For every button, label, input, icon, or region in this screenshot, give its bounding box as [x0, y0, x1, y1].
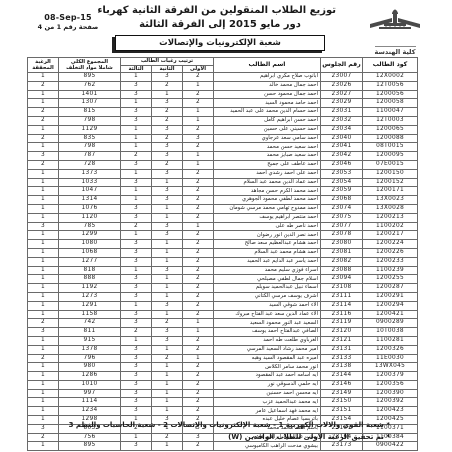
- cell-seat-number: 23029: [321, 99, 363, 108]
- cell-pref-third: 3: [120, 363, 151, 372]
- cell-total: 815: [58, 108, 120, 117]
- cell-pref-first: 2: [183, 248, 214, 257]
- cell-pref-third: 3: [120, 90, 151, 99]
- cell-student-name: احمد هشام عبدالعظيم سعد صالح: [214, 240, 321, 249]
- cell-student-code: 1100202: [363, 222, 418, 231]
- cell-pref-third: 3: [120, 257, 151, 266]
- cell-pref-first: 2: [183, 240, 214, 249]
- cell-pref-first: 1: [183, 116, 214, 125]
- cell-pref-first: 1: [183, 354, 214, 363]
- table-row: 120006523034احمد حسيني على حسين23111291: [27, 125, 417, 134]
- cell-pref-third: 3: [120, 345, 151, 354]
- cell-achieved-preference: 1: [27, 90, 58, 99]
- cell-achieved-preference: 1: [27, 398, 58, 407]
- table-row: 120039223150ايه محمد عبدالحميد عزب213111…: [27, 398, 417, 407]
- cell-achieved-preference: 2: [27, 354, 58, 363]
- table-row: 10T003823120الصافي عبدالفتاح احمد يوسف13…: [27, 328, 417, 337]
- cell-pref-first: 2: [183, 187, 214, 196]
- cell-pref-second: 1: [152, 248, 183, 257]
- cell-pref-first: 2: [183, 169, 214, 178]
- cell-total: 1010: [58, 380, 120, 389]
- header-pref-third: الثالثة: [120, 65, 151, 73]
- cell-pref-second: 1: [152, 240, 183, 249]
- cell-total: 742: [58, 319, 120, 328]
- table-row: 120029123111اشرف يوسف مرسي الكتاني213127…: [27, 292, 417, 301]
- cell-total: 997: [58, 389, 120, 398]
- cell-student-name: احمد سعيد حسن محمد: [214, 143, 321, 152]
- cell-pref-second: 1: [152, 292, 183, 301]
- table-row: 120022623081احمد هشام محمد عبد السلام213…: [27, 248, 417, 257]
- cell-achieved-preference: 1: [27, 204, 58, 213]
- cell-seat-number: 23068: [321, 196, 363, 205]
- cell-achieved-preference: 1: [27, 213, 58, 222]
- cell-pref-second: 1: [152, 257, 183, 266]
- cell-student-name: ايه محمد عبدالحميد عزب: [214, 398, 321, 407]
- cell-student-name: احمد محمد الكرم حسن مجاهد: [214, 187, 321, 196]
- cell-student-code: 08T0015: [363, 143, 418, 152]
- cell-pref-first: 2: [183, 442, 214, 451]
- cell-achieved-preference: 1: [27, 73, 58, 82]
- cell-student-code: 1200056: [363, 90, 418, 99]
- table-row: 120015223054احمد عماد الدين محمد عبد الس…: [27, 178, 417, 187]
- header-pref-first: الأولى: [183, 65, 214, 73]
- cell-achieved-preference: 3: [27, 152, 58, 161]
- cell-pref-first: 2: [183, 257, 214, 266]
- cell-pref-first: 2: [183, 389, 214, 398]
- cell-pref-second: 1: [152, 90, 183, 99]
- cell-pref-first: 2: [183, 407, 214, 416]
- cell-achieved-preference: 1: [27, 248, 58, 257]
- cell-seat-number: 23034: [321, 125, 363, 134]
- cell-student-name: احمد ممدوح تهامي محمد مرسي شومان: [214, 204, 321, 213]
- cell-student-code: 1200291: [363, 292, 418, 301]
- cell-student-name: احمد حسام الدين محمد على عبد الحميد: [214, 108, 321, 117]
- table-row: 120005623027احمد جمال محمود حسن21314011: [27, 90, 417, 99]
- cell-pref-third: 3: [120, 354, 151, 363]
- cell-pref-second: 1: [152, 442, 183, 451]
- cell-student-name: الغرباوي طلعت طه احمد: [214, 336, 321, 345]
- cell-pref-second: 3: [152, 231, 183, 240]
- cell-pref-third: 3: [120, 240, 151, 249]
- header-total-line2: شاملا مواد التخلف: [59, 65, 120, 72]
- cell-pref-third: 1: [120, 134, 151, 143]
- footnote-incoming-students: * تم تحقيق الرغبة الاولى للطلاب الوافدين…: [60, 433, 390, 441]
- cell-pref-third: 3: [120, 108, 151, 117]
- cell-pref-second: 1: [152, 363, 183, 372]
- cell-achieved-preference: 1: [27, 363, 58, 372]
- cell-total: 980: [58, 363, 120, 372]
- cell-pref-second: 3: [152, 169, 183, 178]
- cell-pref-third: 1: [120, 143, 151, 152]
- cell-student-code: 1200390: [363, 389, 418, 398]
- cell-achieved-preference: 1: [27, 178, 58, 187]
- cell-student-name: احمد منتصر ابراهيم يوسف: [214, 213, 321, 222]
- table-row: 110023923088اسراء فوزي سليم محمد2318181: [27, 266, 417, 275]
- cell-student-code: 1200058: [363, 99, 418, 108]
- cell-seat-number: 23146: [321, 380, 363, 389]
- cell-pref-second: 1: [152, 345, 183, 354]
- cell-student-code: 12T0056: [363, 81, 418, 90]
- table-header: كود الطالب رقم الجلوس اسم الطالب ترتيب ر…: [27, 58, 417, 73]
- table-row: 110004723031احمد حسام الدين محمد على عبد…: [27, 108, 417, 117]
- cell-achieved-preference: 2: [27, 160, 58, 169]
- cell-student-code: 1200088: [363, 134, 418, 143]
- cell-student-code: 1200095: [363, 152, 418, 161]
- cell-total: 762: [58, 81, 120, 90]
- cell-pref-third: 3: [120, 213, 151, 222]
- cell-pref-second: 1: [152, 380, 183, 389]
- cell-achieved-preference: 1: [27, 240, 58, 249]
- table-row: 120017123059احمد محمد الكرم حسن مجاهد231…: [27, 187, 417, 196]
- table-row: 120042323151ايه محمد فهد اسماعيل عامر213…: [27, 407, 417, 416]
- table-row: 12X000223007ابانوب صلاح مكري ابراهيم2318…: [27, 73, 417, 82]
- cell-pref-first: 2: [183, 213, 214, 222]
- cell-student-name: ايه اسامه احمد عبد المقصود: [214, 372, 321, 381]
- cell-total: 1129: [58, 125, 120, 134]
- cell-achieved-preference: 1: [27, 372, 58, 381]
- cell-student-code: 1200171: [363, 187, 418, 196]
- cell-pref-third: 1: [120, 231, 151, 240]
- table-row: 12T000323032احمد حسن ابراهيم كامل1237982: [27, 116, 417, 125]
- cell-pref-third: 3: [120, 204, 151, 213]
- table-row: 120015023053احمد على احمد رشدي احمد23113…: [27, 169, 417, 178]
- cell-achieved-preference: 1: [27, 266, 58, 275]
- cell-seat-number: 23131: [321, 345, 363, 354]
- cell-pref-third: 3: [120, 319, 151, 328]
- cell-pref-second: 1: [152, 178, 183, 187]
- cell-total: 1234: [58, 407, 120, 416]
- cell-student-name: احمد جمال محمد خالد: [214, 81, 321, 90]
- cell-pref-third: 1: [120, 125, 151, 134]
- cell-pref-first: 2: [183, 301, 214, 310]
- cell-student-code: 0900289: [363, 319, 418, 328]
- cell-pref-third: 1: [120, 187, 151, 196]
- table-row: 120032623131امير محمد رشاد السعيد المرسي…: [27, 345, 417, 354]
- cell-pref-first: 2: [183, 73, 214, 82]
- table-row: 110020223077احمد ناصر طه على1327853: [27, 222, 417, 231]
- table-row: 120023323082احمد ياسر عبد الدايم عبد الح…: [27, 257, 417, 266]
- header-student-name: اسم الطالب: [214, 58, 321, 73]
- cell-seat-number: 23138: [321, 363, 363, 372]
- table-row: 13WX04523138انور محمد سامر الكلاس2139801: [27, 363, 417, 372]
- cell-pref-first: 2: [183, 196, 214, 205]
- cell-seat-number: 23144: [321, 372, 363, 381]
- cell-pref-second: 1: [152, 372, 183, 381]
- cell-seat-number: 23108: [321, 284, 363, 293]
- cell-pref-first: 2: [183, 266, 214, 275]
- cell-pref-second: 3: [152, 222, 183, 231]
- cell-seat-number: 23111: [321, 292, 363, 301]
- cell-achieved-preference: 3: [27, 424, 58, 433]
- report-date: 08-Sep-15: [28, 13, 108, 22]
- cell-pref-first: 1: [183, 328, 214, 337]
- cell-seat-number: 23151: [321, 407, 363, 416]
- cell-pref-first: 1: [183, 108, 214, 117]
- cell-student-name: احمد عاطف على جميح: [214, 160, 321, 169]
- cell-pref-third: 3: [120, 284, 151, 293]
- header-preferences-group: ترتيب رغبات الطالب: [120, 58, 213, 66]
- cell-seat-number: 23075: [321, 213, 363, 222]
- cell-pref-second: 2: [152, 81, 183, 90]
- cell-student-name: احمد جمال محمود حسن: [214, 90, 321, 99]
- cell-pref-first: 2: [183, 275, 214, 284]
- cell-student-code: 1200423: [363, 407, 418, 416]
- students-table: كود الطالب رقم الجلوس اسم الطالب ترتيب ر…: [27, 57, 418, 451]
- cell-student-name: انور محمد سامر الكلاس: [214, 363, 321, 372]
- cell-achieved-preference: 1: [27, 196, 58, 205]
- cell-total: 1401: [58, 90, 120, 99]
- cell-student-code: 13X0028: [363, 204, 418, 213]
- cell-student-code: 1200326: [363, 345, 418, 354]
- division-title-box: شعبة الإلكترونيات والإتصالات: [115, 35, 325, 51]
- cell-total: 1033: [58, 178, 120, 187]
- cell-student-name: ايه محسن احمد حسنين: [214, 389, 321, 398]
- cell-student-name: اشرف يوسف مرسي الكتاني: [214, 292, 321, 301]
- cell-student-name: احمد حسيني على حسين: [214, 125, 321, 134]
- cell-seat-number: 23077: [321, 222, 363, 231]
- table-row: 13X002323068احمد محمد لطفي محمود الجوهري…: [27, 196, 417, 205]
- cell-seat-number: 23078: [321, 231, 363, 240]
- report-title-line1: توزيع الطلاب المنقولين من الفرقة الثانية…: [104, 5, 336, 16]
- cell-pref-third: 3: [120, 442, 151, 451]
- cell-student-code: 12X0002: [363, 73, 418, 82]
- cell-pref-third: 1: [120, 266, 151, 275]
- cell-seat-number: 23082: [321, 257, 363, 266]
- cell-total: 1277: [58, 257, 120, 266]
- cell-student-name: امير محمد رشاد السعيد المرسي: [214, 345, 321, 354]
- cell-student-code: 1100047: [363, 108, 418, 117]
- table-row: 120035623146ايه حلمي الدسوقي نور21310101: [27, 380, 417, 389]
- cell-pref-third: 1: [120, 336, 151, 345]
- cell-pref-third: 3: [120, 275, 151, 284]
- cell-student-code: 13WX045: [363, 363, 418, 372]
- cell-achieved-preference: 2: [27, 134, 58, 143]
- cell-achieved-preference: 1: [27, 231, 58, 240]
- cell-pref-second: 3: [152, 143, 183, 152]
- cell-pref-third: 2: [120, 328, 151, 337]
- cell-student-code: 1200152: [363, 178, 418, 187]
- cell-student-name: السعيد عبد النور محمود السعيد: [214, 319, 321, 328]
- cell-student-name: ايه محمد فهد اسماعيل عامر: [214, 407, 321, 416]
- faculty-name: كلية الهندسة: [375, 46, 416, 56]
- cell-student-code: 1200217: [363, 231, 418, 240]
- header-total: المجموع الكلي شاملا مواد التخلف: [58, 58, 120, 73]
- cell-seat-number: 23059: [321, 187, 363, 196]
- cell-student-code: 11E0030: [363, 354, 418, 363]
- cell-pref-third: 1: [120, 73, 151, 82]
- cell-seat-number: 23046: [321, 160, 363, 169]
- cell-student-code: 1200356: [363, 380, 418, 389]
- table-row: 120005823029احمد حامد محمود السيد2311307…: [27, 99, 417, 108]
- cell-total: 1314: [58, 196, 120, 205]
- cell-achieved-preference: 2: [27, 433, 58, 442]
- cell-total: 888: [58, 275, 120, 284]
- report-title-line2: دور مايو 2015 إلى الفرقة الثالثة: [104, 19, 336, 30]
- header-student-code: كود الطالب: [363, 58, 418, 73]
- cell-total: 895: [58, 442, 120, 451]
- cell-pref-first: 2: [183, 284, 214, 293]
- cell-student-name: الاء احمد شوقي السيد: [214, 301, 321, 310]
- cell-achieved-preference: 1: [27, 442, 58, 451]
- table-row: 12T005623026احمد جمال محمد خالد1237622: [27, 81, 417, 90]
- report-page: { "page": { "date": "08-Sep-15", "page_i…: [0, 0, 452, 452]
- cell-student-code: 1200294: [363, 301, 418, 310]
- cell-total: 915: [58, 336, 120, 345]
- cell-seat-number: 23120: [321, 328, 363, 337]
- cell-student-code: 13X0023: [363, 196, 418, 205]
- table-row: 120009523042احمد سعيد صبايز محمد1327873: [27, 152, 417, 161]
- cell-pref-second: 3: [152, 301, 183, 310]
- cell-pref-first: 2: [183, 90, 214, 99]
- header-achieved-preference: الرغبة المحققة: [27, 58, 58, 73]
- cell-total: 818: [58, 266, 120, 275]
- cell-pref-third: 3: [120, 81, 151, 90]
- table-row: 120037923144ايه اسامه احمد عبد المقصود21…: [27, 372, 417, 381]
- cell-pref-first: 1: [183, 319, 214, 328]
- cell-achieved-preference: 2: [27, 81, 58, 90]
- cell-pref-second: 1: [152, 389, 183, 398]
- cell-student-code: 1200150: [363, 169, 418, 178]
- cell-student-name: ايه حلمي الدسوقي نور: [214, 380, 321, 389]
- cell-seat-number: 23054: [321, 178, 363, 187]
- cell-seat-number: 23173: [321, 442, 363, 451]
- cell-pref-second: 2: [152, 319, 183, 328]
- report-header: توزيع الطلاب المنقولين من الفرقة الثانية…: [104, 5, 336, 51]
- table-row: 120021723078احمد نصر الدين انور رضوان231…: [27, 231, 417, 240]
- cell-student-code: 07E0015: [363, 160, 418, 169]
- cell-pref-third: 3: [120, 160, 151, 169]
- cell-pref-third: 3: [120, 407, 151, 416]
- cell-pref-first: 1: [183, 152, 214, 161]
- cell-pref-third: 3: [120, 116, 151, 125]
- table-row: 120008823040احمد سامي سعد عرجاوي3218352: [27, 134, 417, 143]
- cell-pref-third: 3: [120, 398, 151, 407]
- cell-pref-third: 1: [120, 301, 151, 310]
- cell-pref-first: 2: [183, 336, 214, 345]
- cell-achieved-preference: 3: [27, 328, 58, 337]
- cell-pref-first: 2: [183, 143, 214, 152]
- cell-pref-first: 2: [183, 204, 214, 213]
- cell-achieved-preference: 1: [27, 345, 58, 354]
- table-row: 120022423080احمد هشام عبدالعظيم سعد صالح…: [27, 240, 417, 249]
- table-row: 08T001523041احمد سعيد حسن محمد2317981: [27, 143, 417, 152]
- cell-total: 1307: [58, 99, 120, 108]
- cell-pref-first: 2: [183, 99, 214, 108]
- cell-pref-second: 1: [152, 310, 183, 319]
- cell-pref-third: 3: [120, 178, 151, 187]
- cell-total: 1373: [58, 169, 120, 178]
- cell-pref-third: 3: [120, 372, 151, 381]
- cell-pref-first: 1: [183, 222, 214, 231]
- cell-pref-third: 3: [120, 389, 151, 398]
- table-row: 090042223173بيشوي مدحت الراهب الكاميوسي2…: [27, 442, 417, 451]
- cell-pref-second: 1: [152, 213, 183, 222]
- header-achieved-line2: المحققة: [28, 65, 58, 72]
- cell-total: 728: [58, 160, 120, 169]
- cell-achieved-preference: 2: [27, 319, 58, 328]
- cell-total: 1114: [58, 398, 120, 407]
- cell-seat-number: 23081: [321, 248, 363, 257]
- cell-seat-number: 23074: [321, 204, 363, 213]
- cell-total: 1192: [58, 284, 120, 293]
- cell-student-code: 1200287: [363, 284, 418, 293]
- cell-seat-number: 23041: [321, 143, 363, 152]
- cell-seat-number: 23042: [321, 152, 363, 161]
- cell-achieved-preference: 1: [27, 301, 58, 310]
- cell-pref-first: 2: [183, 292, 214, 301]
- cell-pref-third: 3: [120, 248, 151, 257]
- cell-student-code: 1200392: [363, 398, 418, 407]
- cell-achieved-preference: 3: [27, 222, 58, 231]
- cell-student-name: احمد نصر الدين انور رضوان: [214, 231, 321, 240]
- cell-pref-third: 2: [120, 152, 151, 161]
- header-seat-number: رقم الجلوس: [321, 58, 363, 73]
- cell-seat-number: 23007: [321, 73, 363, 82]
- cell-total: 895: [58, 73, 120, 82]
- cell-student-name: احمد على احمد رشدي احمد: [214, 169, 321, 178]
- cell-pref-second: 3: [152, 266, 183, 275]
- cell-pref-first: 2: [183, 125, 214, 134]
- cell-pref-first: 2: [183, 398, 214, 407]
- cell-total: 811: [58, 328, 120, 337]
- cell-seat-number: 23119: [321, 319, 363, 328]
- cell-pref-second: 1: [152, 284, 183, 293]
- cell-pref-first: 1: [183, 81, 214, 90]
- cell-pref-second: 2: [152, 108, 183, 117]
- cell-pref-second: 1: [152, 275, 183, 284]
- cell-seat-number: 23080: [321, 240, 363, 249]
- footnote-divisions-legend: * شعبة القوى والالات الكهربية 1 - شعبة ا…: [60, 421, 390, 429]
- cell-student-name: احمد ياسر عبد الدايم عبد الحميد: [214, 257, 321, 266]
- cell-pref-second: 2: [152, 160, 183, 169]
- cell-pref-first: 2: [183, 310, 214, 319]
- cell-pref-second: 3: [152, 99, 183, 108]
- cell-seat-number: 23116: [321, 310, 363, 319]
- cell-total: 798: [58, 143, 120, 152]
- cell-student-code: 1200213: [363, 213, 418, 222]
- table-row: 120021323075احمد منتصر ابراهيم يوسف21311…: [27, 213, 417, 222]
- cell-student-name: اميره عبد المقصود السيد وهبه: [214, 354, 321, 363]
- cell-pref-second: 3: [152, 73, 183, 82]
- cell-achieved-preference: 1: [27, 143, 58, 152]
- cell-pref-third: 2: [120, 222, 151, 231]
- cell-student-name: احمد حسن ابراهيم كامل: [214, 116, 321, 125]
- cell-seat-number: 23088: [321, 266, 363, 275]
- cell-student-name: احمد هشام محمد عبد السلام: [214, 248, 321, 257]
- cell-total: 1076: [58, 204, 120, 213]
- cell-pref-second: 3: [152, 187, 183, 196]
- cell-student-name: بيشوي مدحت الراهب الكاميوسي: [214, 442, 321, 451]
- cell-pref-second: 1: [152, 204, 183, 213]
- cell-pref-first: 3: [183, 134, 214, 143]
- cell-seat-number: 23032: [321, 116, 363, 125]
- cell-seat-number: 23026: [321, 81, 363, 90]
- cell-student-code: 10T0038: [363, 328, 418, 337]
- cell-student-code: 1200379: [363, 372, 418, 381]
- cell-total: 1378: [58, 345, 120, 354]
- cell-total: 1291: [58, 301, 120, 310]
- cell-achieved-preference: 2: [27, 116, 58, 125]
- cell-total: 835: [58, 134, 120, 143]
- cell-seat-number: 23150: [321, 398, 363, 407]
- cell-achieved-preference: 1: [27, 310, 58, 319]
- table-row: 120028723108اسماء نبيل عبدالحميد سويلم21…: [27, 284, 417, 293]
- cell-seat-number: 23031: [321, 108, 363, 117]
- cell-seat-number: 23027: [321, 90, 363, 99]
- cell-student-name: اسلام جمال لطفي مصيلحي: [214, 275, 321, 284]
- table-row: 120029423114الاء احمد شوقي السيد23112911: [27, 301, 417, 310]
- cell-achieved-preference: 1: [27, 380, 58, 389]
